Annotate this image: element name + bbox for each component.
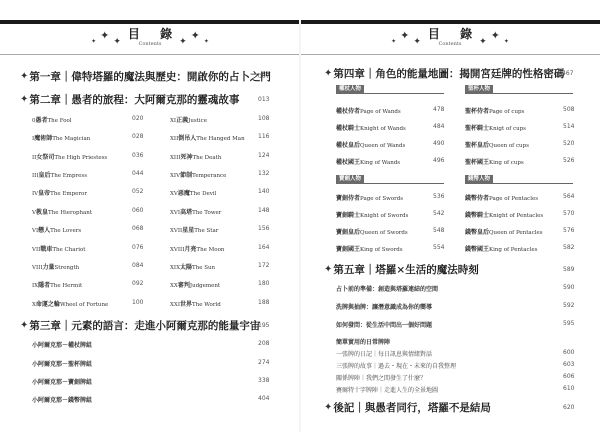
page-number: 020 <box>132 115 143 122</box>
minor-arcana-swords-link[interactable]: 小阿爾克那－寶劍牌組 <box>32 377 92 386</box>
toc-entry[interactable]: IX隱者The Hermit <box>32 280 82 289</box>
group-label-swords: 寶劍人物 <box>336 175 444 184</box>
page-number: 542 <box>433 210 444 217</box>
page-subtitle: Contents <box>139 41 162 47</box>
chapter-title: 第五章｜塔羅×生活的魔法時刻 <box>333 262 478 277</box>
page-number: 076 <box>132 244 143 251</box>
minor-arcana-pentacles-link[interactable]: 小阿爾克那－錢幣牌組 <box>32 395 92 404</box>
page-number: 195 <box>258 322 269 329</box>
toc-entry[interactable]: VIII力量Strength <box>32 262 79 271</box>
toc-entry[interactable]: III皇后The Empress <box>32 170 87 179</box>
chapter-title: 第三章｜元素的語言：走進小阿爾克那的能量宇宙 <box>29 318 260 333</box>
toc-entry[interactable]: 權杖侍者Page of Wands <box>336 106 401 115</box>
sparkle-icon: ✦ <box>113 38 121 47</box>
page-subtitle: Contents <box>439 41 462 47</box>
page-number: 496 <box>433 157 444 164</box>
chapter-3-link[interactable]: ✦ 第三章｜元素的語言：走進小阿爾克那的能量宇宙 <box>20 318 260 333</box>
toc-entry[interactable]: 寶劍皇后Queen of Swords <box>336 227 408 236</box>
page-number: 338 <box>258 377 269 384</box>
chapter-title: 後記｜與愚者同行，塔羅不是結局 <box>333 400 491 415</box>
page-number: 590 <box>563 284 574 291</box>
page-number: 140 <box>258 188 269 195</box>
toc-entry[interactable]: 0愚者The Fool <box>32 115 72 124</box>
page-number: 148 <box>258 207 269 214</box>
page-number: 164 <box>258 244 269 251</box>
toc-entry[interactable]: XI正義Justice <box>170 115 207 124</box>
page-number: 132 <box>258 170 269 177</box>
page-number: 484 <box>433 123 444 130</box>
left-page: ✦ ✦ ✦ 目 錄 Contents ✦ ✦ ✦ ✦ 第一章｜偉特塔羅的魔法與歷… <box>0 0 300 432</box>
toc-entry[interactable]: IV皇帝The Emperor <box>32 188 87 197</box>
page-number: 084 <box>132 262 143 269</box>
page-number: 564 <box>563 193 574 200</box>
right-page: ✦ ✦ ✦ 目 錄 Contents ✦ ✦ ✦ ✦ 第四章｜角色的能量地圖：揭… <box>300 0 600 432</box>
toc-entry[interactable]: X命運之輪Wheel of Fortune <box>32 299 108 308</box>
sparkle-icon: ✦ <box>191 30 200 41</box>
sparkle-icon: ✦ <box>91 39 96 45</box>
toc-entry[interactable]: XVI高塔The Tower <box>170 207 221 216</box>
spread-link[interactable]: 三張牌的故事｜過去・現在・未來的自我整理 <box>336 361 456 370</box>
page-number: 013 <box>258 96 269 103</box>
page-number: 478 <box>433 106 444 113</box>
page-number: 576 <box>563 227 574 234</box>
chapter-title: 第一章｜偉特塔羅的魔法與歷史：開啟你的占卜之門 <box>29 69 271 84</box>
toc-entry[interactable]: XX審判Judgement <box>170 280 220 289</box>
group-label-pentacles: 錢幣人物 <box>465 175 573 184</box>
toc-entry[interactable]: XII倒吊人The Hanged Man <box>170 133 245 142</box>
toc-entry[interactable]: 權杖國王King of Wands <box>336 157 400 166</box>
spread-link[interactable]: 賽爾特十字牌陣｜走進人生的全景地圖 <box>336 385 438 394</box>
page-number: 554 <box>433 244 444 251</box>
top-rule <box>0 20 300 24</box>
toc-entry[interactable]: 聖杯國王King of cups <box>465 157 524 166</box>
page-number: 180 <box>258 280 269 287</box>
page-number: 028 <box>132 133 143 140</box>
page-number: 124 <box>258 152 269 159</box>
minor-arcana-cups-link[interactable]: 小阿爾克那－聖杯牌組 <box>32 359 92 368</box>
section-link[interactable]: 洗牌與抽牌：讓潛意識成為你的嚮導 <box>336 302 432 311</box>
toc-entry[interactable]: XXI世界The World <box>170 299 221 308</box>
page-number: 582 <box>563 244 574 251</box>
page-number: 520 <box>563 140 574 147</box>
sparkle-icon: ✦ <box>179 38 187 47</box>
toc-entry[interactable]: VI戀人The Lovers <box>32 225 81 234</box>
group-label-cups: 聖杯人物 <box>465 85 573 94</box>
toc-entry[interactable]: XV惡魔The Devil <box>170 188 216 197</box>
toc-entry[interactable]: 寶劍侍者Page of Swords <box>336 193 403 202</box>
toc-entry[interactable]: 聖杯皇后Queen of cups <box>465 140 529 149</box>
spreads-heading: 簡單實用的日常牌陣 <box>336 337 390 346</box>
page-header: ✦ ✦ ✦ 目 錄 Contents ✦ ✦ ✦ <box>0 27 300 55</box>
page-number: 606 <box>563 373 574 380</box>
toc-entry[interactable]: V教皇The Hierophant <box>32 207 92 216</box>
chapter-1-link[interactable]: ✦ 第一章｜偉特塔羅的魔法與歷史：開啟你的占卜之門 <box>20 69 271 84</box>
book-gutter <box>299 20 301 432</box>
page-number: 100 <box>132 299 143 306</box>
sparkle-icon: ✦ <box>391 39 396 45</box>
toc-entry[interactable]: 聖杯騎士Knigt of cups <box>465 123 526 132</box>
chapter-2-link[interactable]: ✦ 第二章｜愚者的旅程：大阿爾克那的靈魂故事 <box>20 92 239 107</box>
page-title: 目 錄 <box>128 27 180 41</box>
page-number: 274 <box>258 359 269 366</box>
sparkle-icon: ✦ <box>479 38 487 47</box>
toc-entry[interactable]: 權杖皇后Queen of Wands <box>336 140 405 149</box>
section-link[interactable]: 如何發問：從生活中問出一個好問題 <box>336 320 432 329</box>
toc-entry[interactable]: XIX太陽The Sun <box>170 262 215 271</box>
page-number: 116 <box>258 133 269 140</box>
page-header: ✦ ✦ ✦ 目 錄 Contents ✦ ✦ ✦ <box>300 27 600 55</box>
chapter-4-link[interactable]: ✦ 第四章｜角色的能量地圖：揭開宮廷牌的性格密碼 <box>324 66 564 81</box>
page-number: 490 <box>433 140 444 147</box>
page-number: 036 <box>132 152 143 159</box>
minor-arcana-wands-link[interactable]: 小阿爾克那－權杖牌組 <box>32 340 92 349</box>
page-number: 592 <box>563 302 574 309</box>
sparkle-bullet-icon: ✦ <box>324 68 332 79</box>
group-label-wands: 權杖人物 <box>336 85 444 94</box>
sparkle-icon: ✦ <box>400 30 409 41</box>
chapter-title: 第二章｜愚者的旅程：大阿爾克那的靈魂故事 <box>29 92 239 107</box>
page-number: 600 <box>563 349 574 356</box>
page-number: 508 <box>563 106 574 113</box>
page-number: 007 <box>258 73 269 80</box>
spread-link[interactable]: 一張牌的日記｜每日訊息與情緒對話 <box>336 349 432 358</box>
sparkle-icon: ✦ <box>413 38 421 47</box>
page-number: 108 <box>258 115 269 122</box>
chapter-5-link[interactable]: ✦ 第五章｜塔羅×生活的魔法時刻 <box>324 262 479 277</box>
toc-entry[interactable]: I魔術師The Magician <box>32 133 90 142</box>
page-number: 603 <box>563 361 574 368</box>
spread-link[interactable]: 關係牌陣｜我們之間發生了什麼？ <box>336 373 426 382</box>
page-number: 060 <box>132 207 143 214</box>
sparkle-icon: ✦ <box>491 30 500 41</box>
toc-entry[interactable]: VII戰車The Chariot <box>32 244 86 253</box>
section-link[interactable]: 占卜前的準備：創造與塔羅連結的空間 <box>336 284 438 293</box>
page-number: 620 <box>563 404 574 411</box>
page-number: 068 <box>132 225 143 232</box>
page-number: 404 <box>258 395 269 402</box>
page-number: 467 <box>562 70 573 77</box>
toc-entry[interactable]: 聖杯侍者Page of cups <box>465 106 524 115</box>
toc-entry[interactable]: 錢幣侍者Page of Pentacles <box>465 193 538 202</box>
page-number: 052 <box>132 188 143 195</box>
page-number: 208 <box>258 340 269 347</box>
page-number: 610 <box>563 385 574 392</box>
page-number: 570 <box>563 210 574 217</box>
afterword-link[interactable]: ✦ 後記｜與愚者同行，塔羅不是結局 <box>324 400 491 415</box>
toc-entry[interactable]: XIV節制Temperance <box>170 170 226 179</box>
page-number: 044 <box>132 170 143 177</box>
toc-entry[interactable]: 寶劍騎士Knight of Swords <box>336 210 408 219</box>
toc-entry[interactable]: 錢幣皇后Queen of Pentacles <box>465 227 543 236</box>
page-number: 589 <box>563 266 574 273</box>
page-number: 156 <box>258 225 269 232</box>
sparkle-icon: ✦ <box>504 39 509 45</box>
toc-entry[interactable]: 錢幣國王King of Pentacles <box>465 244 537 253</box>
header-divider <box>0 54 300 55</box>
toc-entry[interactable]: 錢幣騎士Knight of Pentacles <box>465 210 543 219</box>
header-divider <box>300 54 600 55</box>
page-title: 目 錄 <box>428 27 480 41</box>
page-number: 092 <box>132 280 143 287</box>
page-number: 595 <box>563 320 574 327</box>
sparkle-bullet-icon: ✦ <box>324 402 332 413</box>
toc-entry[interactable]: XVIII月亮The Moon <box>170 244 224 253</box>
toc-entry[interactable]: XVII星星The Star <box>170 225 218 234</box>
sparkle-bullet-icon: ✦ <box>324 264 332 275</box>
top-rule <box>300 20 600 24</box>
toc-entry[interactable]: II女祭司The High Priestess <box>32 152 107 161</box>
sparkle-bullet-icon: ✦ <box>20 320 28 331</box>
page-number: 526 <box>563 157 574 164</box>
sparkle-bullet-icon: ✦ <box>20 94 28 105</box>
page-number: 172 <box>258 262 269 269</box>
sparkle-icon: ✦ <box>100 30 109 41</box>
toc-entry[interactable]: XIII死神The Death <box>170 152 221 161</box>
toc-entry[interactable]: 權杖騎士Knight of Wands <box>336 123 406 132</box>
chapter-title: 第四章｜角色的能量地圖：揭開宮廷牌的性格密碼 <box>333 66 564 81</box>
sparkle-icon: ✦ <box>204 39 209 45</box>
toc-spread: ✦ ✦ ✦ 目 錄 Contents ✦ ✦ ✦ ✦ 第一章｜偉特塔羅的魔法與歷… <box>0 0 600 432</box>
toc-entry[interactable]: 寶劍國王King of Swords <box>336 244 403 253</box>
page-number: 536 <box>433 193 444 200</box>
sparkle-bullet-icon: ✦ <box>20 71 28 82</box>
page-number: 188 <box>258 299 269 306</box>
page-number: 514 <box>563 123 574 130</box>
page-number: 548 <box>433 227 444 234</box>
